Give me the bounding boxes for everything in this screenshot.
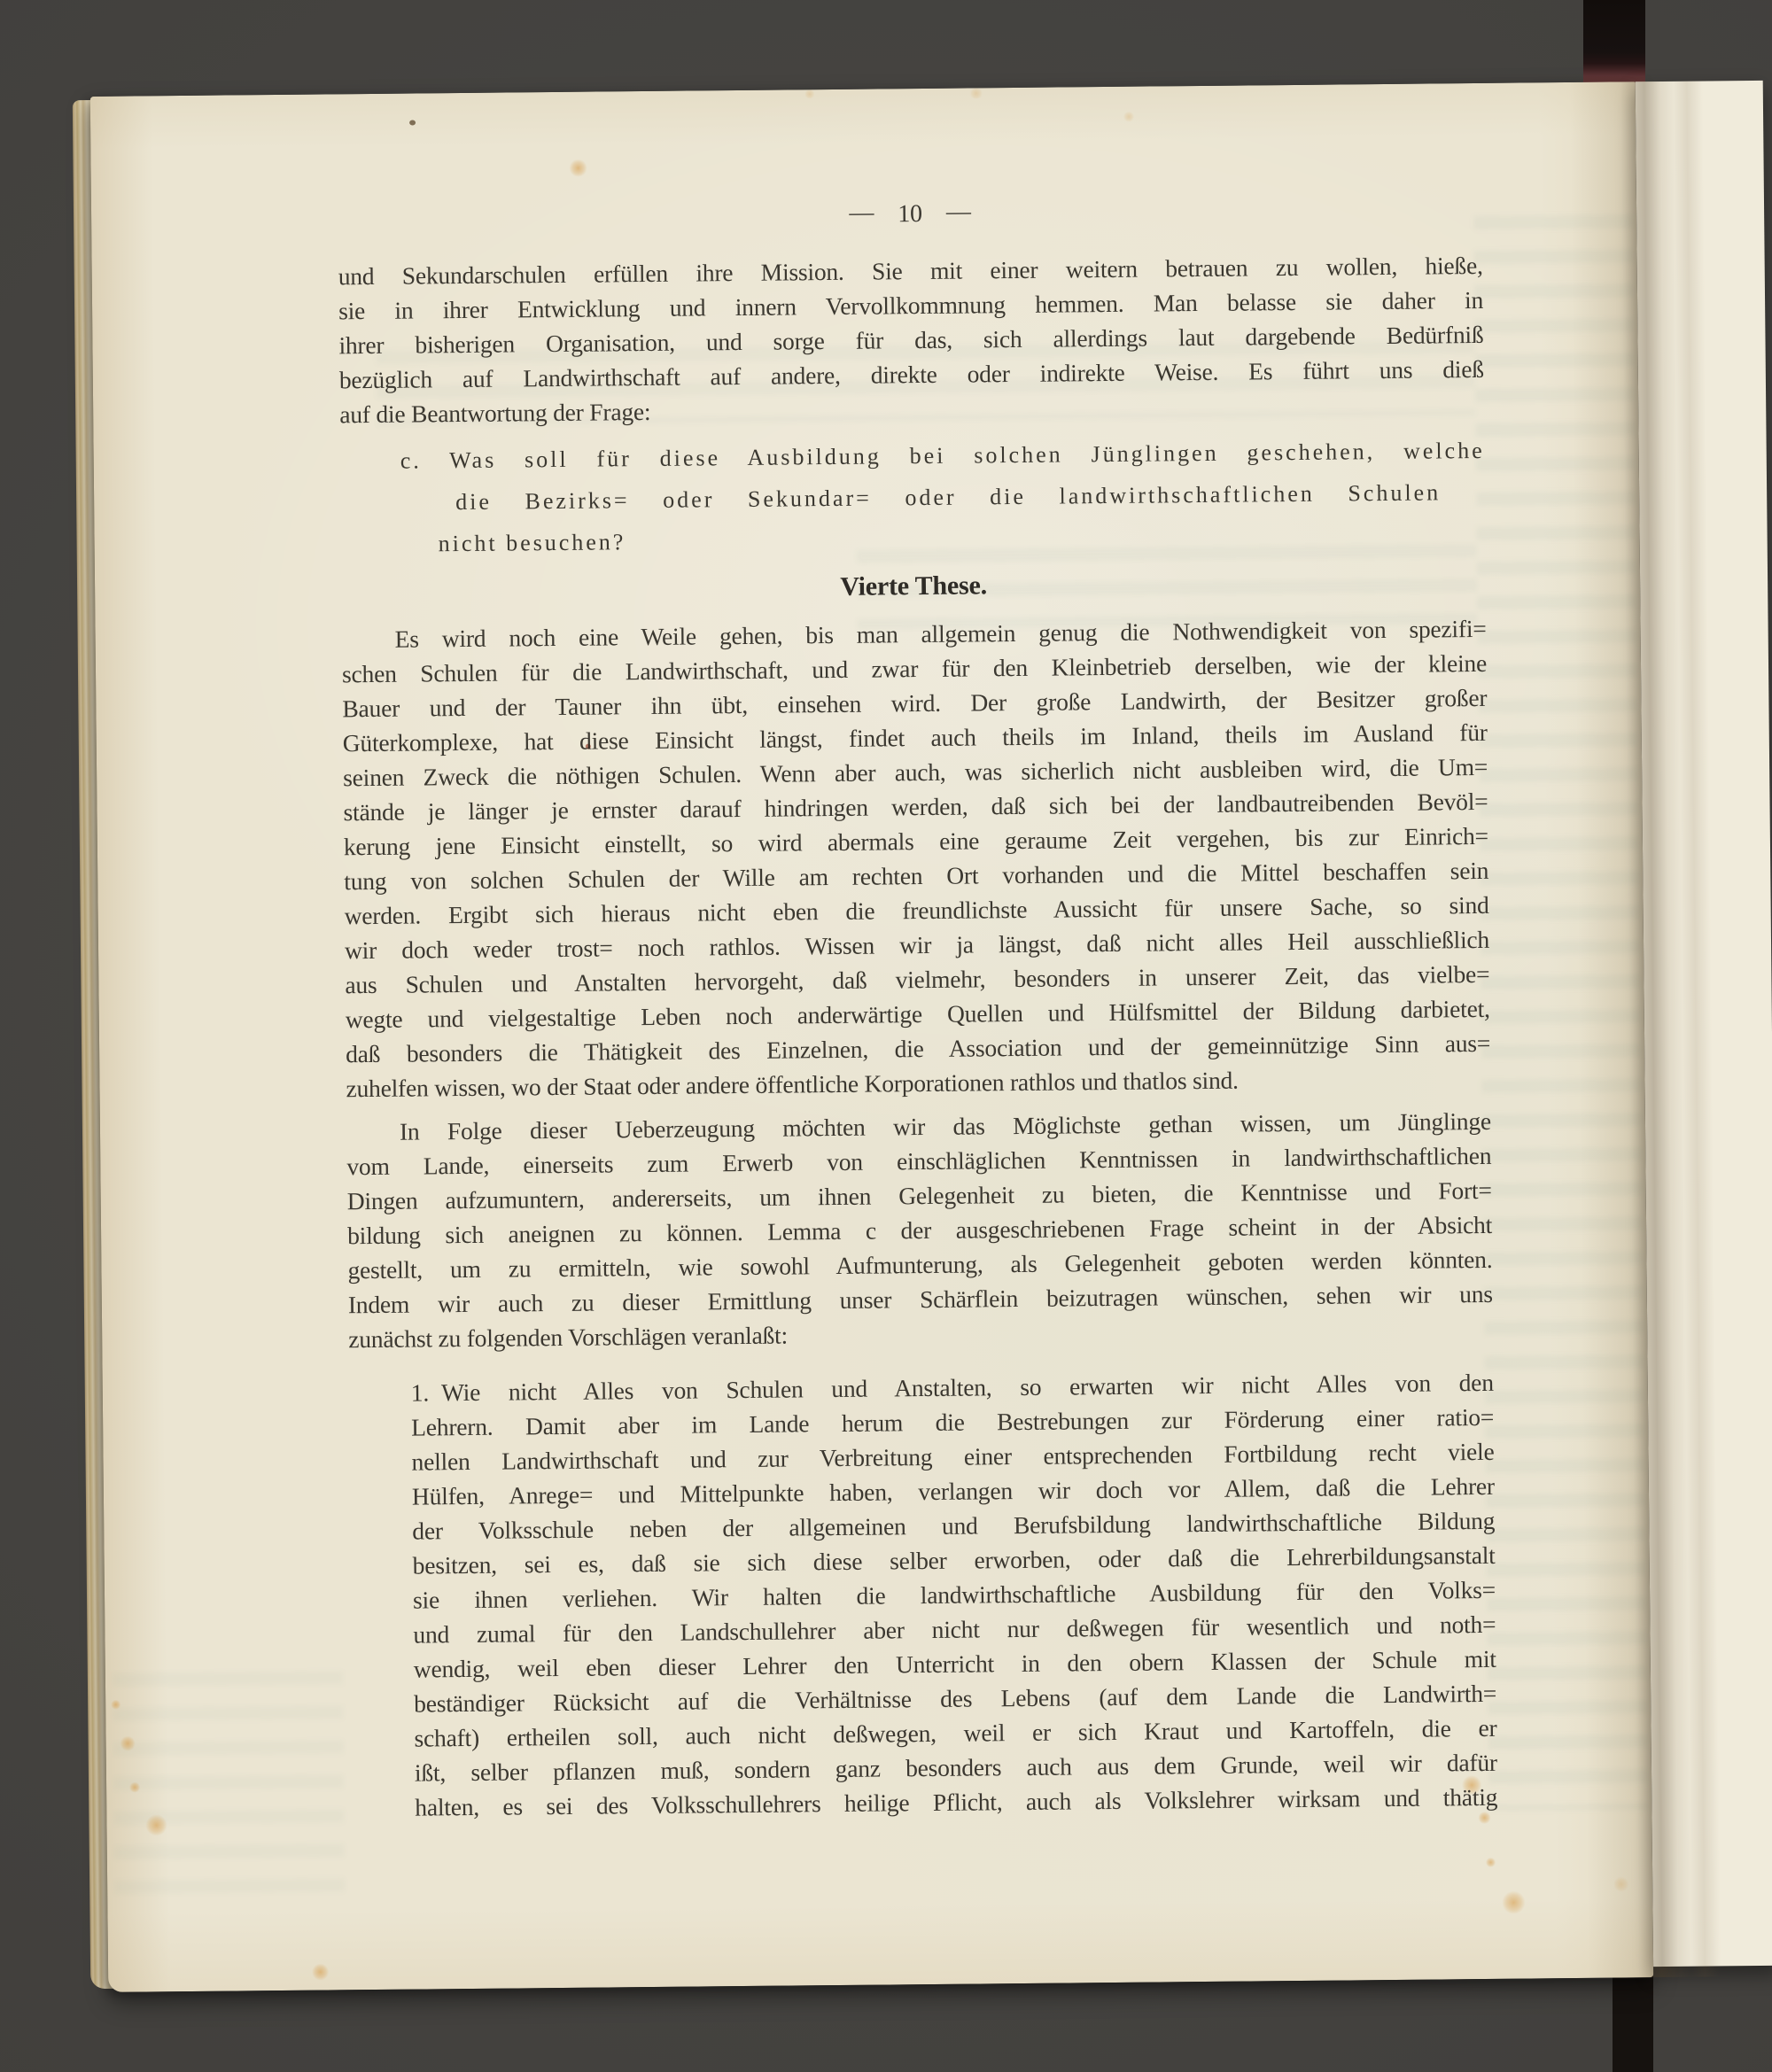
scanner-background: —10— und Sekundarschulen erfüllen ihre M… bbox=[0, 0, 1772, 2072]
foxing-stain bbox=[1486, 1858, 1496, 1867]
bleed-through-ghost bbox=[113, 1671, 346, 1912]
page-number: —10— bbox=[338, 191, 1482, 239]
foxing-stain bbox=[312, 1964, 329, 1981]
foxing-stain bbox=[804, 89, 815, 98]
gutter-shadow bbox=[1570, 81, 1721, 1978]
foxing-stain bbox=[145, 1814, 167, 1835]
page-number-dash: — bbox=[849, 199, 874, 227]
foxing-stain bbox=[569, 159, 587, 177]
book-page: —10— und Sekundarschulen erfüllen ihre M… bbox=[90, 81, 1653, 1992]
bookmark-ribbon bbox=[1583, 0, 1645, 90]
paragraph-folge: In Folge dieser Ueberzeugung möchten wir… bbox=[346, 1104, 1494, 1356]
foxing-stain bbox=[1123, 112, 1134, 122]
page-number-value: 10 bbox=[898, 200, 922, 228]
ink-speck bbox=[409, 120, 416, 125]
foxing-stain bbox=[129, 1782, 140, 1793]
text-line: nicht besuchen? bbox=[438, 513, 1485, 564]
paragraph-continuation: und Sekundarschulen erfüllen ihre Missio… bbox=[338, 248, 1485, 431]
paragraph-these: Es wird noch eine Weile gehen, bis man a… bbox=[341, 611, 1490, 1106]
item-number: 1. bbox=[411, 1378, 442, 1406]
foxing-stain bbox=[1502, 1891, 1525, 1914]
thesis-heading: Vierte These. bbox=[341, 560, 1486, 613]
lemma-c-question: c. Was soll für diese Ausbildung bei sol… bbox=[400, 430, 1486, 565]
page-number-dash: — bbox=[946, 198, 971, 225]
foxing-stain bbox=[969, 88, 983, 98]
open-book: —10— und Sekundarschulen erfüllen ihre M… bbox=[73, 81, 1772, 1992]
numbered-item-1: 1.Wie nicht Alles von Schulen und Anstal… bbox=[411, 1365, 1498, 1825]
foxing-stain bbox=[111, 1700, 120, 1710]
text-block: —10— und Sekundarschulen erfüllen ihre M… bbox=[338, 191, 1498, 1825]
foxing-stain bbox=[120, 1736, 136, 1751]
